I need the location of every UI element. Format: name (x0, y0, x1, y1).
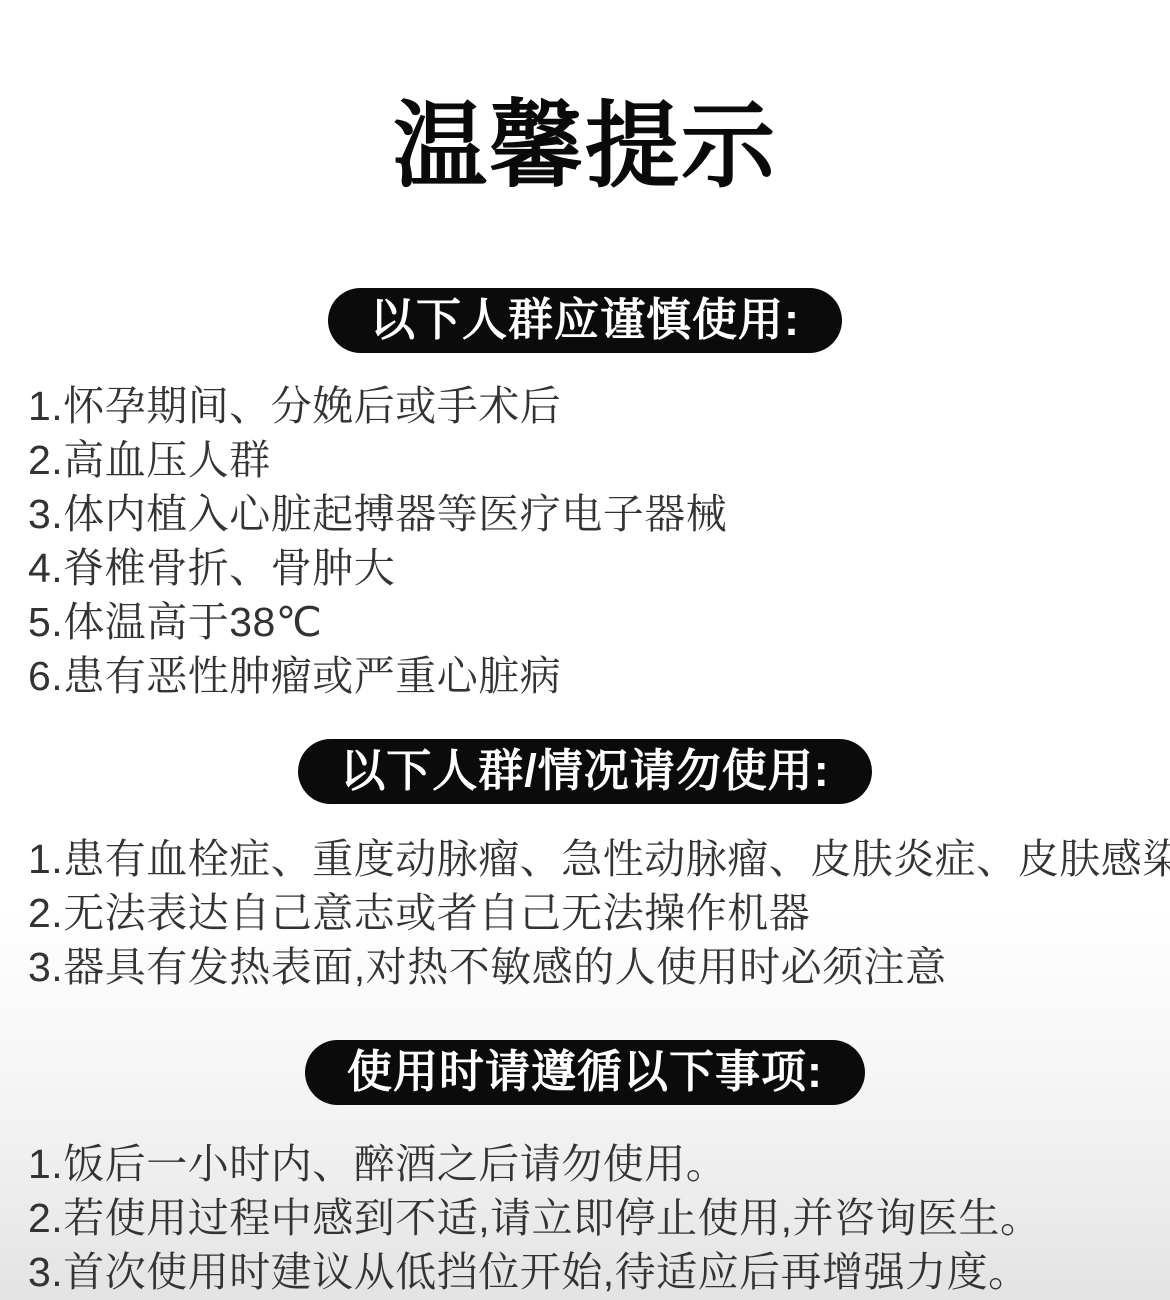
prohibited-list: 1.患有血栓症、重度动脉瘤、急性动脉瘤、皮肤炎症、皮肤感染 2.无法表达自己意志… (0, 832, 1170, 994)
guideline-badge: 使用时请遵循以下事项: (305, 1040, 865, 1105)
prohibited-badge: 以下人群/情况请勿使用: (298, 739, 872, 804)
list-item: 2.高血压人群 (28, 433, 1160, 487)
guideline-badge-row: 使用时请遵循以下事项: (0, 1040, 1170, 1105)
list-item: 1.患有血栓症、重度动脉瘤、急性动脉瘤、皮肤炎症、皮肤感染 (28, 832, 1160, 886)
warm-tips-page: 温馨提示 以下人群应谨慎使用: 1.怀孕期间、分娩后或手术后 2.高血压人群 3… (0, 0, 1170, 1300)
list-item: 2.无法表达自己意志或者自己无法操作机器 (28, 886, 1160, 940)
prohibited-badge-row: 以下人群/情况请勿使用: (0, 739, 1170, 804)
caution-badge-row: 以下人群应谨慎使用: (0, 288, 1170, 353)
page-title: 温馨提示 (0, 96, 1170, 196)
list-item: 5.体温高于38℃ (28, 595, 1160, 649)
guideline-list: 1.饭后一小时内、醉酒之后请勿使用。 2.若使用过程中感到不适,请立即停止使用,… (0, 1137, 1170, 1299)
list-item: 1.怀孕期间、分娩后或手术后 (28, 379, 1160, 433)
list-item: 3.体内植入心脏起搏器等医疗电子器械 (28, 487, 1160, 541)
list-item: 6.患有恶性肿瘤或严重心脏病 (28, 649, 1160, 703)
list-item: 4.脊椎骨折、骨肿大 (28, 541, 1160, 595)
caution-list: 1.怀孕期间、分娩后或手术后 2.高血压人群 3.体内植入心脏起搏器等医疗电子器… (0, 379, 1170, 703)
list-item: 3.首次使用时建议从低挡位开始,待适应后再增强力度。 (28, 1245, 1160, 1299)
caution-badge: 以下人群应谨慎使用: (328, 288, 842, 353)
list-item: 1.饭后一小时内、醉酒之后请勿使用。 (28, 1137, 1160, 1191)
list-item: 2.若使用过程中感到不适,请立即停止使用,并咨询医生。 (28, 1191, 1160, 1245)
list-item: 3.器具有发热表面,对热不敏感的人使用时必须注意 (28, 940, 1160, 994)
